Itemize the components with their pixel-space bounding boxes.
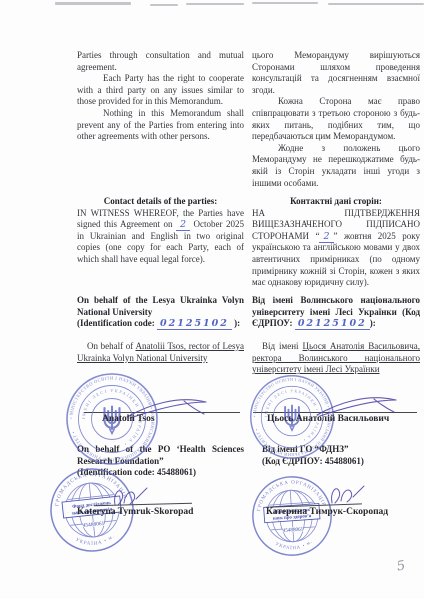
university-party-en: On behalf of the Lesya Ukrainka Volyn Na…: [77, 295, 244, 330]
paragraph-en-2: Each Party has the right to cooperate wi…: [77, 73, 244, 108]
id-label: ):: [234, 318, 240, 328]
paragraph-en-1: Parties through consultation and mutual …: [77, 50, 244, 73]
page-number: 5: [396, 558, 407, 574]
contact-section-en: Contact details of the parties: IN WITNE…: [77, 196, 244, 266]
witness-paragraph-uk: НА ПІДТВЕРДЖЕННЯ ВИЩЕЗАЗНАЧЕНОГО ПІДПИСА…: [252, 208, 420, 289]
scan-artifact: [55, 2, 131, 5]
contact-heading-en: Contact details of the parties:: [77, 196, 244, 208]
paragraph-uk-1: цього Меморандуму вирішуються Сторонами …: [252, 50, 420, 96]
university-name-uk: Від імені Волинського національного унів…: [252, 295, 420, 330]
rector-printed-name-en: Anatolii Tsos: [84, 414, 258, 425]
scan-artifact: [252, 2, 318, 4]
university-id-en: (Identification code: 02125102 ):: [77, 318, 244, 330]
stamp-edrpou-number: 45488061: [283, 526, 304, 533]
contact-section-uk: Контактні дані сторін: НА ПІДТВЕРДЖЕННЯ …: [252, 196, 420, 289]
director-printed-name-uk: Катерина Тимрук-Скоропад: [266, 507, 416, 518]
rector-line-en: On behalf of Anatolii Tsos, rector of Le…: [77, 341, 244, 364]
handwritten-id-code: 02125102: [157, 318, 232, 330]
paragraph-uk-2: Кожна Сторона має право співпрацювати з …: [252, 96, 420, 142]
witness-paragraph-en: IN WITNESS WHEREOF, the Parties have sig…: [77, 208, 244, 266]
scan-artifact: [150, 4, 178, 6]
rector-prefix: On behalf of: [87, 341, 135, 351]
id-label: (Identification code:: [77, 318, 155, 328]
handwritten-id-code: 02125102: [295, 318, 370, 330]
id-label: ):: [370, 318, 376, 328]
handwritten-day: 2: [319, 231, 333, 243]
document-page: Parties through consultation and mutual …: [0, 0, 424, 599]
right-column-top: цього Меморандуму вирішуються Сторонами …: [252, 50, 420, 189]
handwritten-day: 2: [176, 219, 190, 231]
contact-heading-uk: Контактні дані сторін:: [252, 196, 420, 208]
paragraph-uk-3: Жодне з положень цього Меморандуму не пе…: [252, 143, 420, 189]
stamp-edrpou-number: 45488061: [83, 521, 105, 529]
rector-prefix: Від імені: [262, 341, 303, 351]
university-party-uk: Від імені Волинського національного унів…: [252, 295, 420, 330]
scan-artifact: [186, 3, 244, 5]
rector-printed-name-uk: Цьось Анатолій Васильович: [253, 414, 424, 425]
left-column-top: Parties through consultation and mutual …: [77, 50, 244, 143]
director-printed-name-en: Kateryna Tymruk-Skoropad: [77, 507, 217, 518]
rector-paragraph-uk: Від імені Цьося Анатолія Васильовича, ре…: [252, 341, 420, 376]
university-name-en: On behalf of the Lesya Ukrainka Volyn Na…: [77, 295, 244, 318]
rector-paragraph-en: On behalf of Anatolii Tsos, rector of Le…: [77, 341, 244, 364]
rector-line-uk: Від імені Цьося Анатолія Васильовича, ре…: [252, 341, 420, 376]
scan-artifact: [328, 3, 424, 5]
paragraph-en-3: Nothing in this Memorandum shall prevent…: [77, 108, 244, 143]
